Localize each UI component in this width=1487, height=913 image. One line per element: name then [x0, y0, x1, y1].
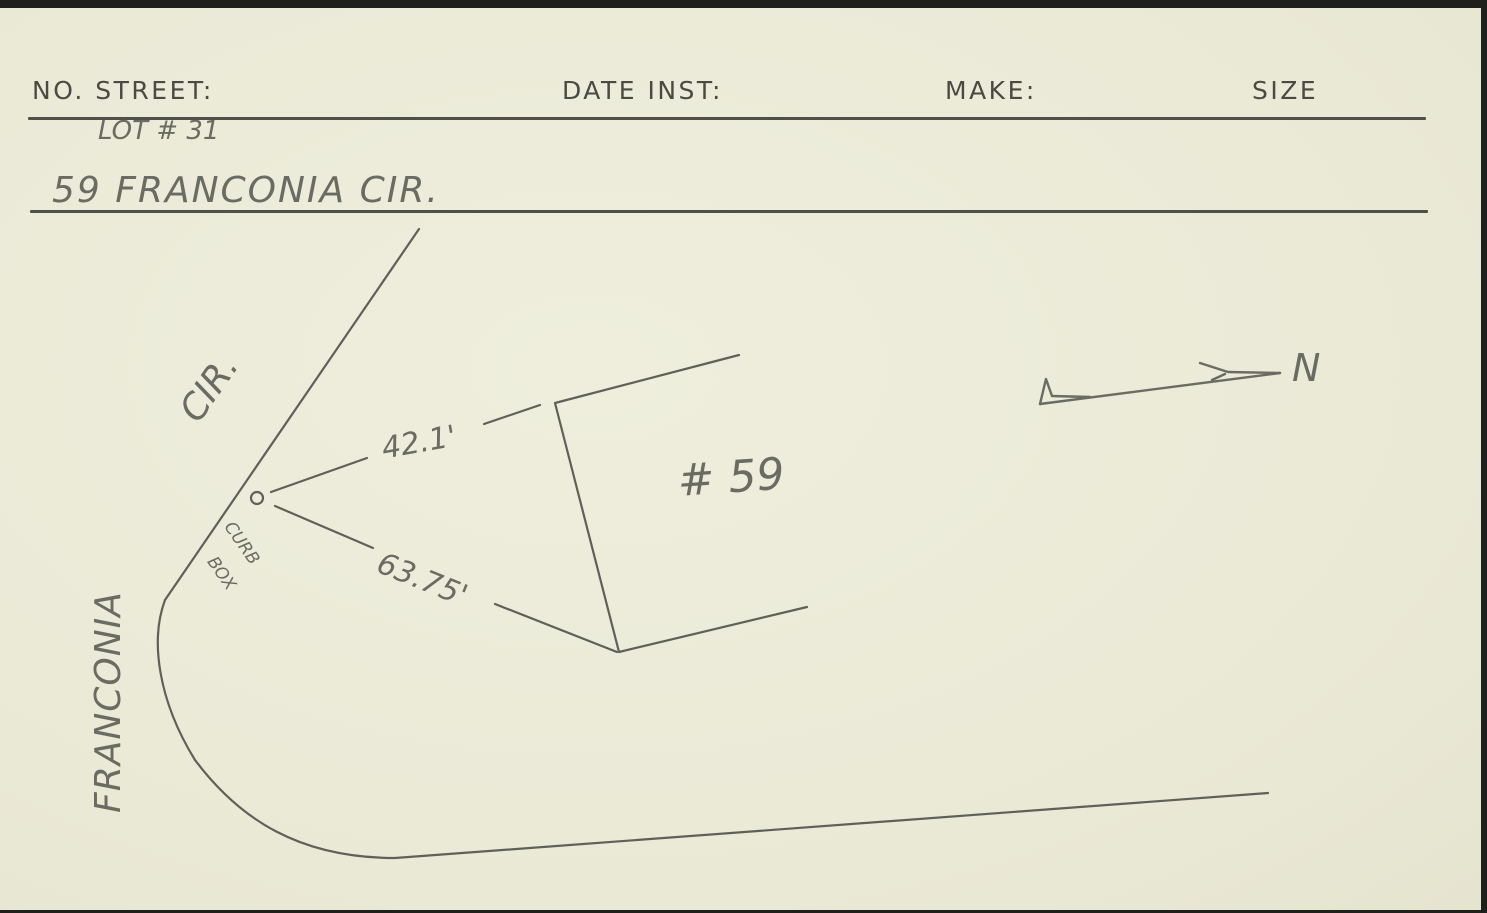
house-number-label: # 59 [676, 449, 786, 507]
tie-line-63-ext [495, 604, 617, 652]
north-label: N [1292, 346, 1320, 390]
tie-line-42 [271, 458, 367, 492]
index-card: NO. STREET: DATE INST: MAKE: SIZE LOT # … [0, 8, 1481, 910]
tie-line-42-ext [484, 405, 540, 424]
franconia-street-line [158, 600, 1268, 858]
curb-box-marker-icon [251, 492, 263, 504]
north-arrow-icon [1040, 363, 1280, 404]
tie-line-63 [275, 506, 373, 548]
franconia-street-label: FRANCONIA [88, 591, 129, 813]
